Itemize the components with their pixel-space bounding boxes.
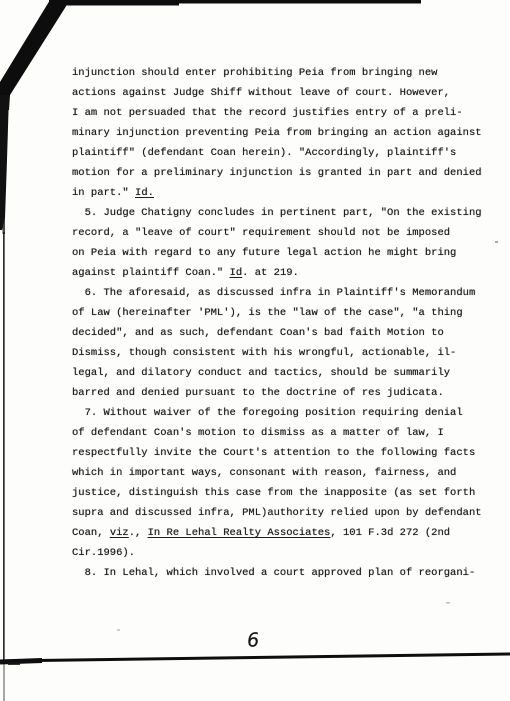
document-line: record, a "leave of court" requirement s… [72, 223, 502, 243]
top-edge-line-artifact [49, 0, 421, 4]
left-edge-strip-artifact [0, 95, 9, 230]
document-line: in part." Id. [72, 183, 502, 203]
document-line: decided", and as such, defendant Coan's … [72, 323, 502, 343]
document-line: 5. Judge Chatigny concludes in pertinent… [72, 203, 502, 223]
page-number: 6 [246, 628, 271, 652]
document-line: I am not persuaded that the record justi… [72, 103, 502, 123]
document-line: actions against Judge Shiff without leav… [72, 83, 502, 103]
document-line: Cir.1996). [72, 543, 502, 563]
document-line: 7. Without waiver of the foregoing posit… [72, 403, 502, 423]
document-text: injunction should enter prohibiting Peia… [72, 63, 502, 583]
document-line: against plaintiff Coan." Id. at 219. [72, 263, 502, 283]
scanned-document-page: injunction should enter prohibiting Peia… [0, 0, 510, 701]
document-line: 6. The aforesaid, as discussed infra in … [72, 283, 502, 303]
document-line: plaintiff" (defendant Coan herein). "Acc… [72, 143, 502, 163]
document-line: Coan, viz., In Re Lehal Realty Associate… [72, 523, 502, 543]
document-line: on Peia with regard to any future legal … [72, 243, 502, 263]
left-edge-line-artifact [3, 232, 5, 660]
document-line: supra and discussed infra, PML)authority… [72, 503, 502, 523]
document-line: of Law (hereinafter 'PML'), is the "law … [72, 303, 502, 323]
document-line: of defendant Coan's motion to dismiss as… [72, 423, 502, 443]
document-line: 8. In Lehal, which involved a court appr… [72, 563, 502, 583]
bottom-rule-artifact [0, 654, 510, 661]
document-line: justice, distinguish this case from the … [72, 483, 502, 503]
document-line: barred and denied pursuant to the doctri… [72, 383, 502, 403]
document-line: injunction should enter prohibiting Peia… [72, 63, 502, 83]
document-line: which in important ways, consonant with … [72, 463, 502, 483]
document-line: Dismiss, though consistent with his wron… [72, 343, 502, 363]
corner-fold-artifact [0, 0, 70, 110]
document-line: respectfully invite the Court's attentio… [72, 443, 502, 463]
document-line: legal, and dilatory conduct and tactics,… [72, 363, 502, 383]
document-line: motion for a preliminary injunction is g… [72, 163, 502, 183]
document-line: minary injunction preventing Peia from b… [72, 123, 502, 143]
